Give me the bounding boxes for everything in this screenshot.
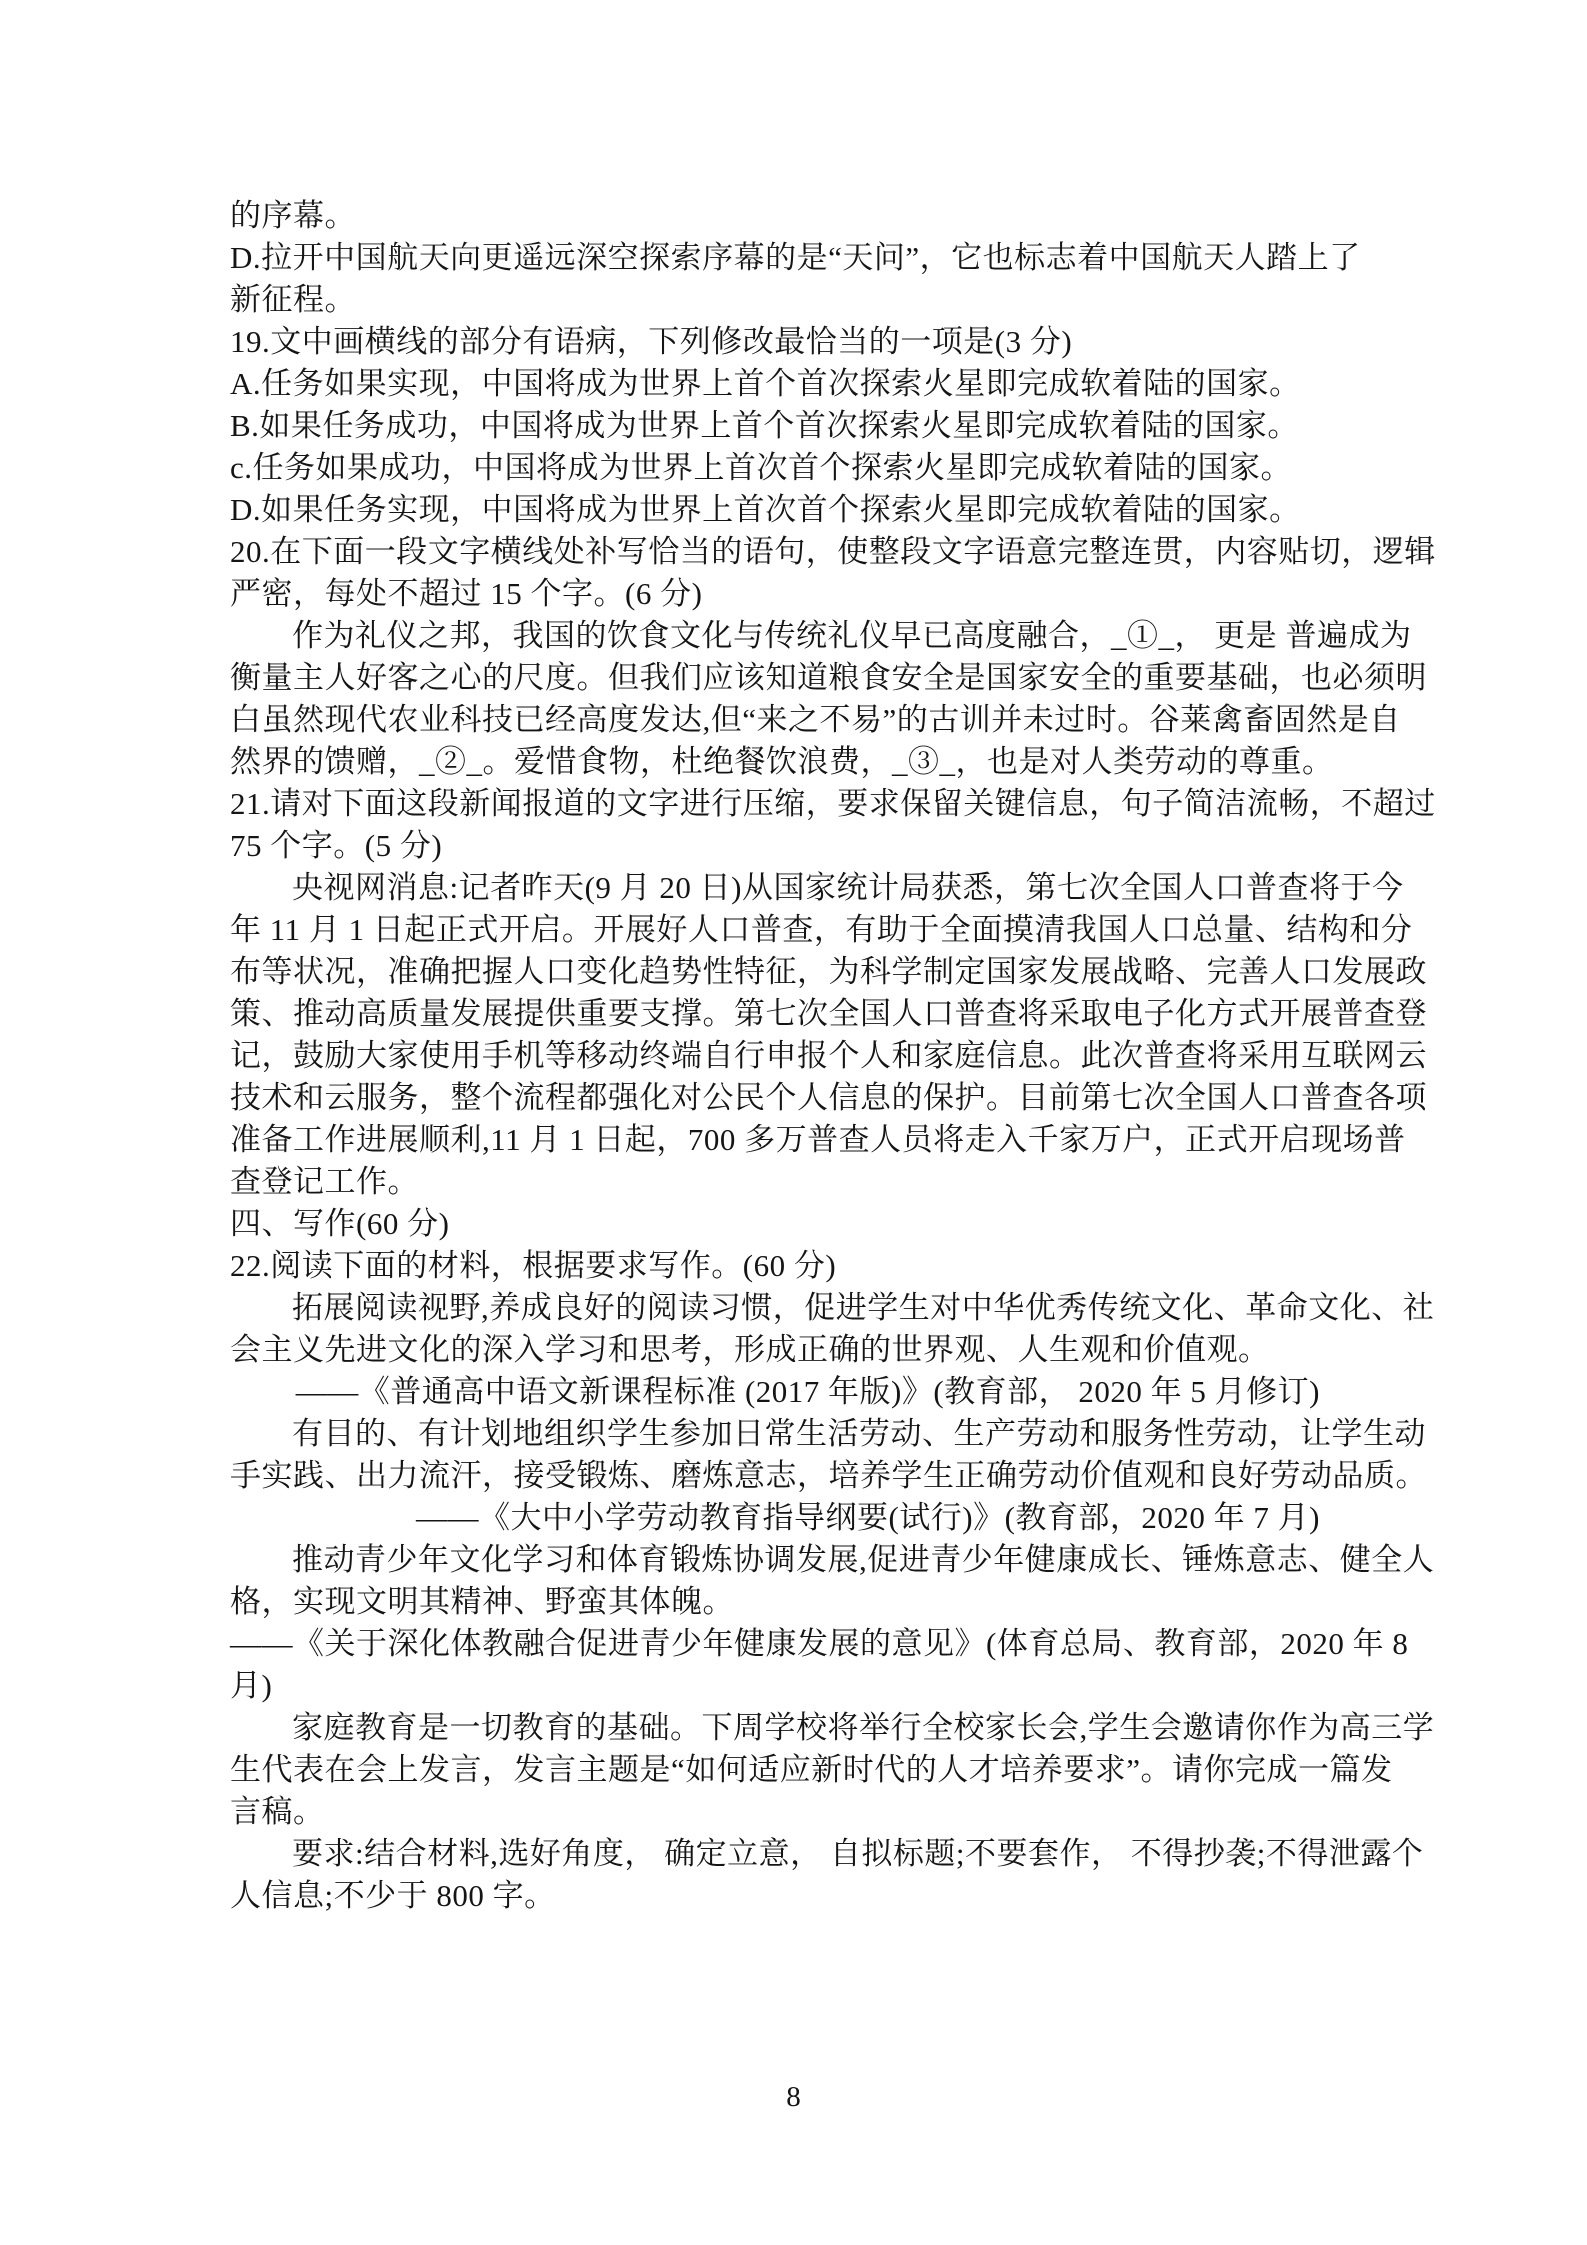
text-line: A.任务如果实现，中国将成为世界上首个首次探索火星即完成软着陆的国家。 (230, 363, 1354, 405)
text-line: 人信息;不少于 800 字。 (230, 1875, 1354, 1917)
text-line: 有目的、有计划地组织学生参加日常生活劳动、生产劳动和服务性劳动，让学生动 (230, 1413, 1354, 1455)
page-number: 8 (0, 2080, 1587, 2114)
text-line: c.任务如果成功，中国将成为世界上首次首个探索火星即完成软着陆的国家。 (230, 447, 1354, 489)
text-line: 21.请对下面这段新闻报道的文字进行压缩，要求保留关键信息，句子简洁流畅，不超过 (230, 783, 1354, 825)
text-line: D.拉开中国航天向更遥远深空探索序幕的是“天问”，它也标志着中国航天人踏上了 (230, 237, 1354, 279)
text-line: 作为礼仪之邦，我国的饮食文化与传统礼仪早已高度融合，_①_， 更是 普遍成为 (230, 615, 1354, 657)
text-line: 四、写作(60 分) (230, 1203, 1354, 1245)
text-line: 要求:结合材料,选好角度， 确定立意， 自拟标题;不要套作， 不得抄袭;不得泄露… (230, 1833, 1354, 1875)
text-line: 75 个字。(5 分) (230, 825, 1354, 867)
text-line: 然界的馈赠，_②_。爱惜食物，杜绝餐饮浪费，_③_，也是对人类劳动的尊重。 (230, 741, 1354, 783)
text-line: 布等状况，准确把握人口变化趋势性特征，为科学制定国家发展战略、完善人口发展政 (230, 951, 1354, 993)
text-line: 央视网消息:记者昨天(9 月 20 日)从国家统计局获悉，第七次全国人口普查将于… (230, 867, 1354, 909)
text-line: 准备工作进展顺利,11 月 1 日起，700 多万普查人员将走入千家万户，正式开… (230, 1119, 1354, 1161)
text-line: 新征程。 (230, 279, 1354, 321)
text-line: 推动青少年文化学习和体育锻炼协调发展,促进青少年健康成长、锤炼意志、健全人 (230, 1539, 1354, 1581)
text-line: D.如果任务实现，中国将成为世界上首次首个探索火星即完成软着陆的国家。 (230, 489, 1354, 531)
text-line: 白虽然现代农业科技已经高度发达,但“来之不易”的古训并未过时。谷莱禽畜固然是自 (230, 699, 1354, 741)
text-line: 严密，每处不超过 15 个字。(6 分) (230, 573, 1354, 615)
text-line: 拓展阅读视野,养成良好的阅读习惯，促进学生对中华优秀传统文化、革命文化、社 (230, 1287, 1354, 1329)
text-line: ——《关于深化体教融合促进青少年健康发展的意见》(体育总局、教育部，2020 年… (230, 1623, 1354, 1665)
text-line: 查登记工作。 (230, 1161, 1354, 1203)
exam-paper-page: 的序幕。D.拉开中国航天向更遥远深空探索序幕的是“天问”，它也标志着中国航天人踏… (0, 0, 1587, 2245)
text-line: 记，鼓励大家使用手机等移动终端自行申报个人和家庭信息。此次普查将采用互联网云 (230, 1035, 1354, 1077)
text-line: 会主义先进文化的深入学习和思考，形成正确的世界观、人生观和价值观。 (230, 1329, 1354, 1371)
text-line: 22.阅读下面的材料，根据要求写作。(60 分) (230, 1245, 1354, 1287)
text-line: 19.文中画横线的部分有语病，下列修改最恰当的一项是(3 分) (230, 321, 1354, 363)
document-body: 的序幕。D.拉开中国航天向更遥远深空探索序幕的是“天问”，它也标志着中国航天人踏… (230, 195, 1354, 1917)
text-line: ——《大中小学劳动教育指导纲要(试行)》(教育部，2020 年 7 月) (230, 1497, 1354, 1539)
text-line: 格，实现文明其精神、野蛮其体魄。 (230, 1581, 1354, 1623)
text-line: 衡量主人好客之心的尺度。但我们应该知道粮食安全是国家安全的重要基础，也必须明 (230, 657, 1354, 699)
text-line: ——《普通高中语文新课程标准 (2017 年版)》(教育部， 2020 年 5 … (230, 1371, 1354, 1413)
text-line: 言稿。 (230, 1791, 1354, 1833)
text-line: 技术和云服务，整个流程都强化对公民个人信息的保护。目前第七次全国人口普查各项 (230, 1077, 1354, 1119)
text-line: 手实践、出力流汗，接受锻炼、磨炼意志，培养学生正确劳动价值观和良好劳动品质。 (230, 1455, 1354, 1497)
text-line: 的序幕。 (230, 195, 1354, 237)
text-line: 月) (230, 1665, 1354, 1707)
text-line: 策、推动高质量发展提供重要支撑。第七次全国人口普查将采取电子化方式开展普查登 (230, 993, 1354, 1035)
text-line: 20.在下面一段文字横线处补写恰当的语句，使整段文字语意完整连贯，内容贴切，逻辑 (230, 531, 1354, 573)
text-line: B.如果任务成功，中国将成为世界上首个首次探索火星即完成软着陆的国家。 (230, 405, 1354, 447)
text-line: 家庭教育是一切教育的基础。下周学校将举行全校家长会,学生会邀请你作为高三学 (230, 1707, 1354, 1749)
text-line: 生代表在会上发言，发言主题是“如何适应新时代的人才培养要求”。请你完成一篇发 (230, 1749, 1354, 1791)
text-line: 年 11 月 1 日起正式开启。开展好人口普查，有助于全面摸清我国人口总量、结构… (230, 909, 1354, 951)
